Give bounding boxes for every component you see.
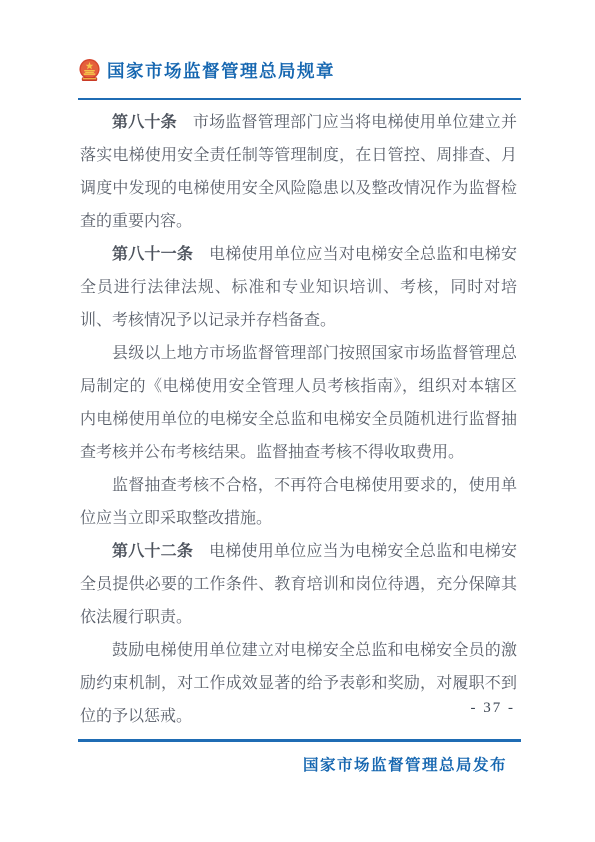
document-body: 第八十条市场监督管理部门应当将电梯使用单位建立并落实电梯使用安全责任制等管理制度… bbox=[80, 106, 517, 733]
article-paragraph: 第八十条市场监督管理部门应当将电梯使用单位建立并落实电梯使用安全责任制等管理制度… bbox=[80, 106, 517, 238]
header-title: 国家市场监督管理总局规章 bbox=[107, 58, 335, 83]
header-rule bbox=[78, 98, 521, 100]
article-paragraph: 监督抽查考核不合格，不再符合电梯使用要求的，使用单位应当立即采取整改措施。 bbox=[80, 469, 517, 535]
article-number: 第八十一条 bbox=[112, 246, 193, 263]
article-text: 监督抽查考核不合格，不再符合电梯使用要求的，使用单位应当立即采取整改措施。 bbox=[80, 477, 517, 527]
page-number: - 37 - bbox=[471, 700, 516, 717]
article-text: 县级以上地方市场监督管理部门按照国家市场监督管理总局制定的《电梯使用安全管理人员… bbox=[80, 345, 517, 461]
footer-publisher: 国家市场监督管理总局发布 bbox=[303, 753, 507, 775]
article-number: 第八十条 bbox=[112, 114, 177, 131]
article-number: 第八十二条 bbox=[112, 543, 193, 560]
document-page: 国家市场监督管理总局规章 第八十条市场监督管理部门应当将电梯使用单位建立并落实电… bbox=[0, 0, 595, 842]
article-text: 鼓励电梯使用单位建立对电梯安全总监和电梯安全员的激励约束机制，对工作成效显著的给… bbox=[80, 642, 517, 725]
article-paragraph: 第八十一条电梯使用单位应当对电梯安全总监和电梯安全员进行法律法规、标准和专业知识… bbox=[80, 238, 517, 337]
document-header: 国家市场监督管理总局规章 bbox=[78, 58, 521, 83]
national-emblem-icon bbox=[78, 58, 101, 83]
article-paragraph: 县级以上地方市场监督管理部门按照国家市场监督管理总局制定的《电梯使用安全管理人员… bbox=[80, 337, 517, 469]
footer-rule bbox=[78, 739, 521, 742]
article-paragraph: 鼓励电梯使用单位建立对电梯安全总监和电梯安全员的激励约束机制，对工作成效显著的给… bbox=[80, 634, 517, 733]
article-paragraph: 第八十二条电梯使用单位应当为电梯安全总监和电梯安全员提供必要的工作条件、教育培训… bbox=[80, 535, 517, 634]
article-text: 市场监督管理部门应当将电梯使用单位建立并落实电梯使用安全责任制等管理制度，在日管… bbox=[80, 114, 517, 230]
